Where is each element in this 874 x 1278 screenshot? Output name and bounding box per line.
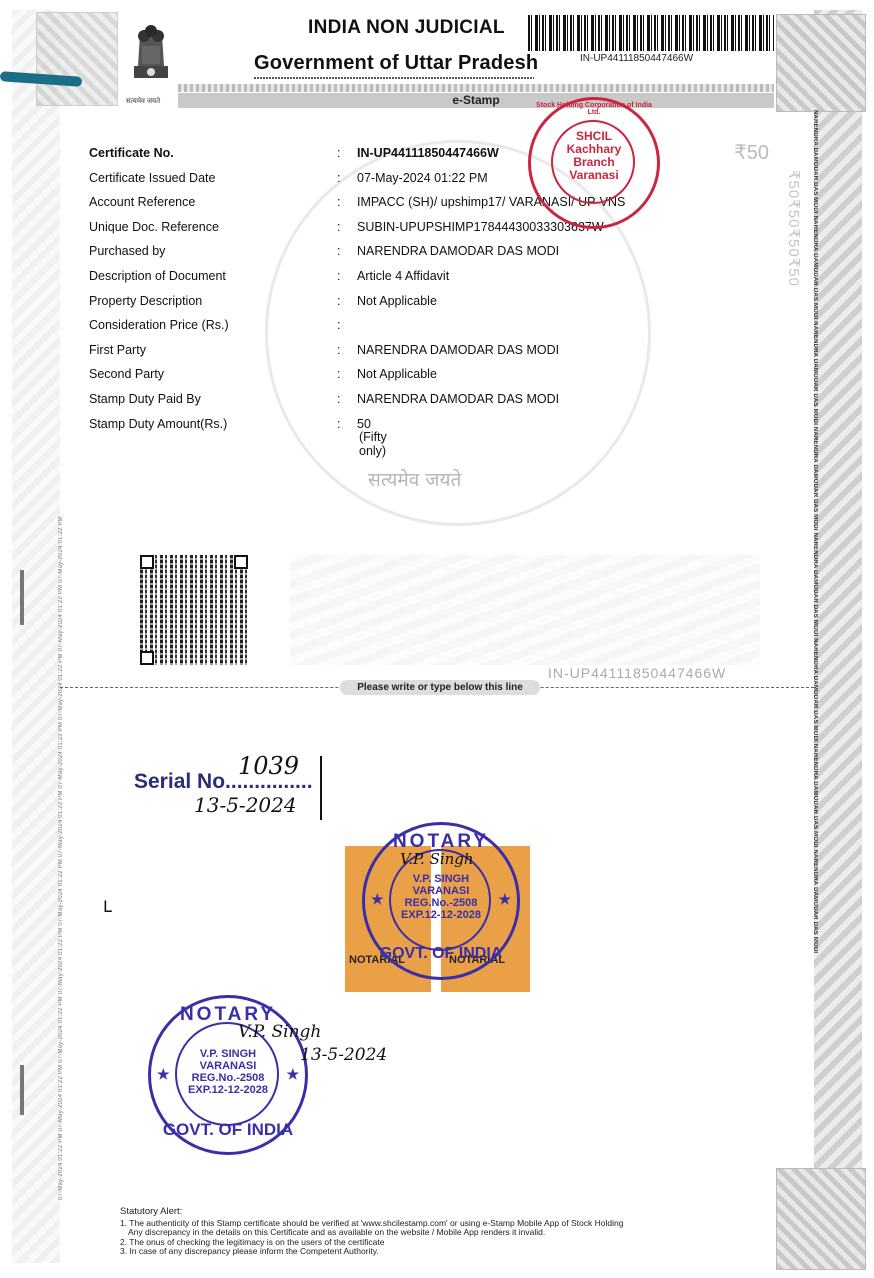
certificate-barcode [528,15,774,51]
verification-qr-code [140,555,248,665]
pen-mark: ᒪ [103,897,112,917]
detail-label: Property Description [89,294,202,308]
star-icon: ★ [286,1066,299,1083]
detail-value: NARENDRA DAMODAR DAS MODI [357,343,559,357]
detail-value: Not Applicable [357,294,437,308]
notary-details: V.P. SINGH VARANASI REG.No.-2508 EXP.12-… [365,873,517,921]
seal-center-text: SHCIL Kachhary Branch Varanasi [531,130,657,182]
notary-line: V.P. SINGH [365,873,517,885]
e-stamp-band: e-Stamp [178,93,774,108]
notary-bottom-text: GOVT. OF INDIA [365,945,517,963]
detail-colon: : [337,294,340,308]
denomination-vertical: ₹50₹50₹50₹50 [784,170,802,287]
alert-item: 3. In case of any discrepancy please inf… [120,1247,623,1257]
right-ornamental-border [814,10,862,1263]
qr-finder [234,555,248,569]
barcode-id: IN-UP44111850447466W [580,53,693,64]
detail-label: Account Reference [89,195,195,209]
detail-value: NARENDRA DAMODAR DAS MODI [357,244,559,258]
watermark-motto: सत्यमेव जयते [368,466,461,492]
detail-label: Certificate No. [89,146,174,160]
corner-ornament-top-left [36,12,118,106]
detail-value: IN-UP44111850447466W [357,146,499,160]
notary-line: REG.No.-2508 [151,1072,305,1084]
star-icon: ★ [371,891,384,908]
notary-signature: V.P. Singh [238,1022,321,1042]
notary-details: V.P. SINGH VARANASI REG.No.-2508 EXP.12-… [151,1048,305,1096]
detail-colon: : [337,269,340,283]
detail-value: NARENDRA DAMODAR DAS MODI [357,392,559,406]
qr-finder [140,651,154,665]
statutory-alert: Statutory Alert: 1. The authenticity of … [120,1207,623,1257]
detail-label: Unique Doc. Reference [89,220,219,234]
seal-ring-text: Stock Holding Corporation of India Ltd. [531,102,657,116]
notary-line: VARANASI [151,1060,305,1072]
write-below-label: Please write or type below this line [340,680,540,695]
detail-colon: : [337,343,340,357]
star-icon: ★ [157,1066,170,1083]
stamp-duty-amount-words: (Fifty only) [359,430,387,458]
notary-signature: V.P. Singh [400,850,474,868]
detail-value: Not Applicable [357,367,437,381]
title-government: Government of Uttar Pradesh [254,52,538,75]
shcil-branch-seal: Stock Holding Corporation of India Ltd. … [528,97,660,229]
punch-mark [20,1065,24,1115]
detail-colon: : [337,171,340,185]
notary-line: EXP.12-12-2028 [151,1084,305,1096]
notary-date-handwritten: 13-5-2024 [300,1045,387,1065]
title-underline [254,77,534,79]
star-icon: ★ [498,891,511,908]
statutory-alert-title: Statutory Alert: [120,1207,623,1217]
security-pattern [290,555,760,665]
detail-label: Certificate Issued Date [89,171,215,185]
detail-colon: : [337,392,340,406]
detail-label: Consideration Price (Rs.) [89,318,229,332]
detail-label: Purchased by [89,244,165,258]
denomination-value: ₹50 [734,140,769,165]
detail-colon: : [337,146,340,160]
notary-line: VARANASI [365,885,517,897]
notary-bottom-text: GOVT. OF INDIA [151,1120,305,1140]
microprint-band [178,84,774,92]
detail-label: Stamp Duty Amount(Rs.) [89,417,227,431]
notary-seal: NOTARY V.P. SINGH VARANASI REG.No.-2508 … [148,995,308,1155]
detail-label: First Party [89,343,146,357]
detail-label: Stamp Duty Paid By [89,392,201,406]
seal-line: Varanasi [531,169,657,182]
national-emblem-icon [128,20,174,84]
detail-colon: : [337,367,340,381]
notary-line: V.P. SINGH [151,1048,305,1060]
serial-number-handwritten: 1039 [238,752,299,780]
security-microtext-left: 07-May-2024 01:22 PM 07-May-2024 01:22 P… [58,120,64,1200]
serial-bracket-mark [320,756,322,820]
detail-colon: : [337,244,340,258]
detail-colon: : [337,220,340,234]
title-india-non-judicial: INDIA NON JUDICIAL [308,17,505,39]
detail-value: Article 4 Affidavit [357,269,449,283]
emblem-caption: सत्यमेव जयते [126,97,160,106]
detail-value: 50 [357,417,371,431]
e-stamp-label: e-Stamp [178,93,774,108]
detail-colon: : [337,417,340,431]
notary-seal-on-stamp: NOTARY V.P. SINGH VARANASI REG.No.-2508 … [362,822,520,980]
detail-colon: : [337,318,340,332]
qr-finder [140,555,154,569]
detail-value: 07-May-2024 01:22 PM [357,171,488,185]
serial-date-handwritten: 13-5-2024 [194,793,297,817]
detail-colon: : [337,195,340,209]
punch-mark [20,570,24,625]
detail-label: Second Party [89,367,164,381]
notary-line: EXP.12-12-2028 [365,909,517,921]
notary-line: REG.No.-2508 [365,897,517,909]
security-microtext-right: NARENDRA DAMODAR DAS MODI NARENDRA DAMOD… [812,110,818,1180]
corner-ornament-bottom-right [776,1168,866,1270]
corner-ornament-top-right [776,14,866,112]
cut-line-certificate-id: IN-UP44111850447466W [548,665,726,681]
detail-label: Description of Document [89,269,226,283]
